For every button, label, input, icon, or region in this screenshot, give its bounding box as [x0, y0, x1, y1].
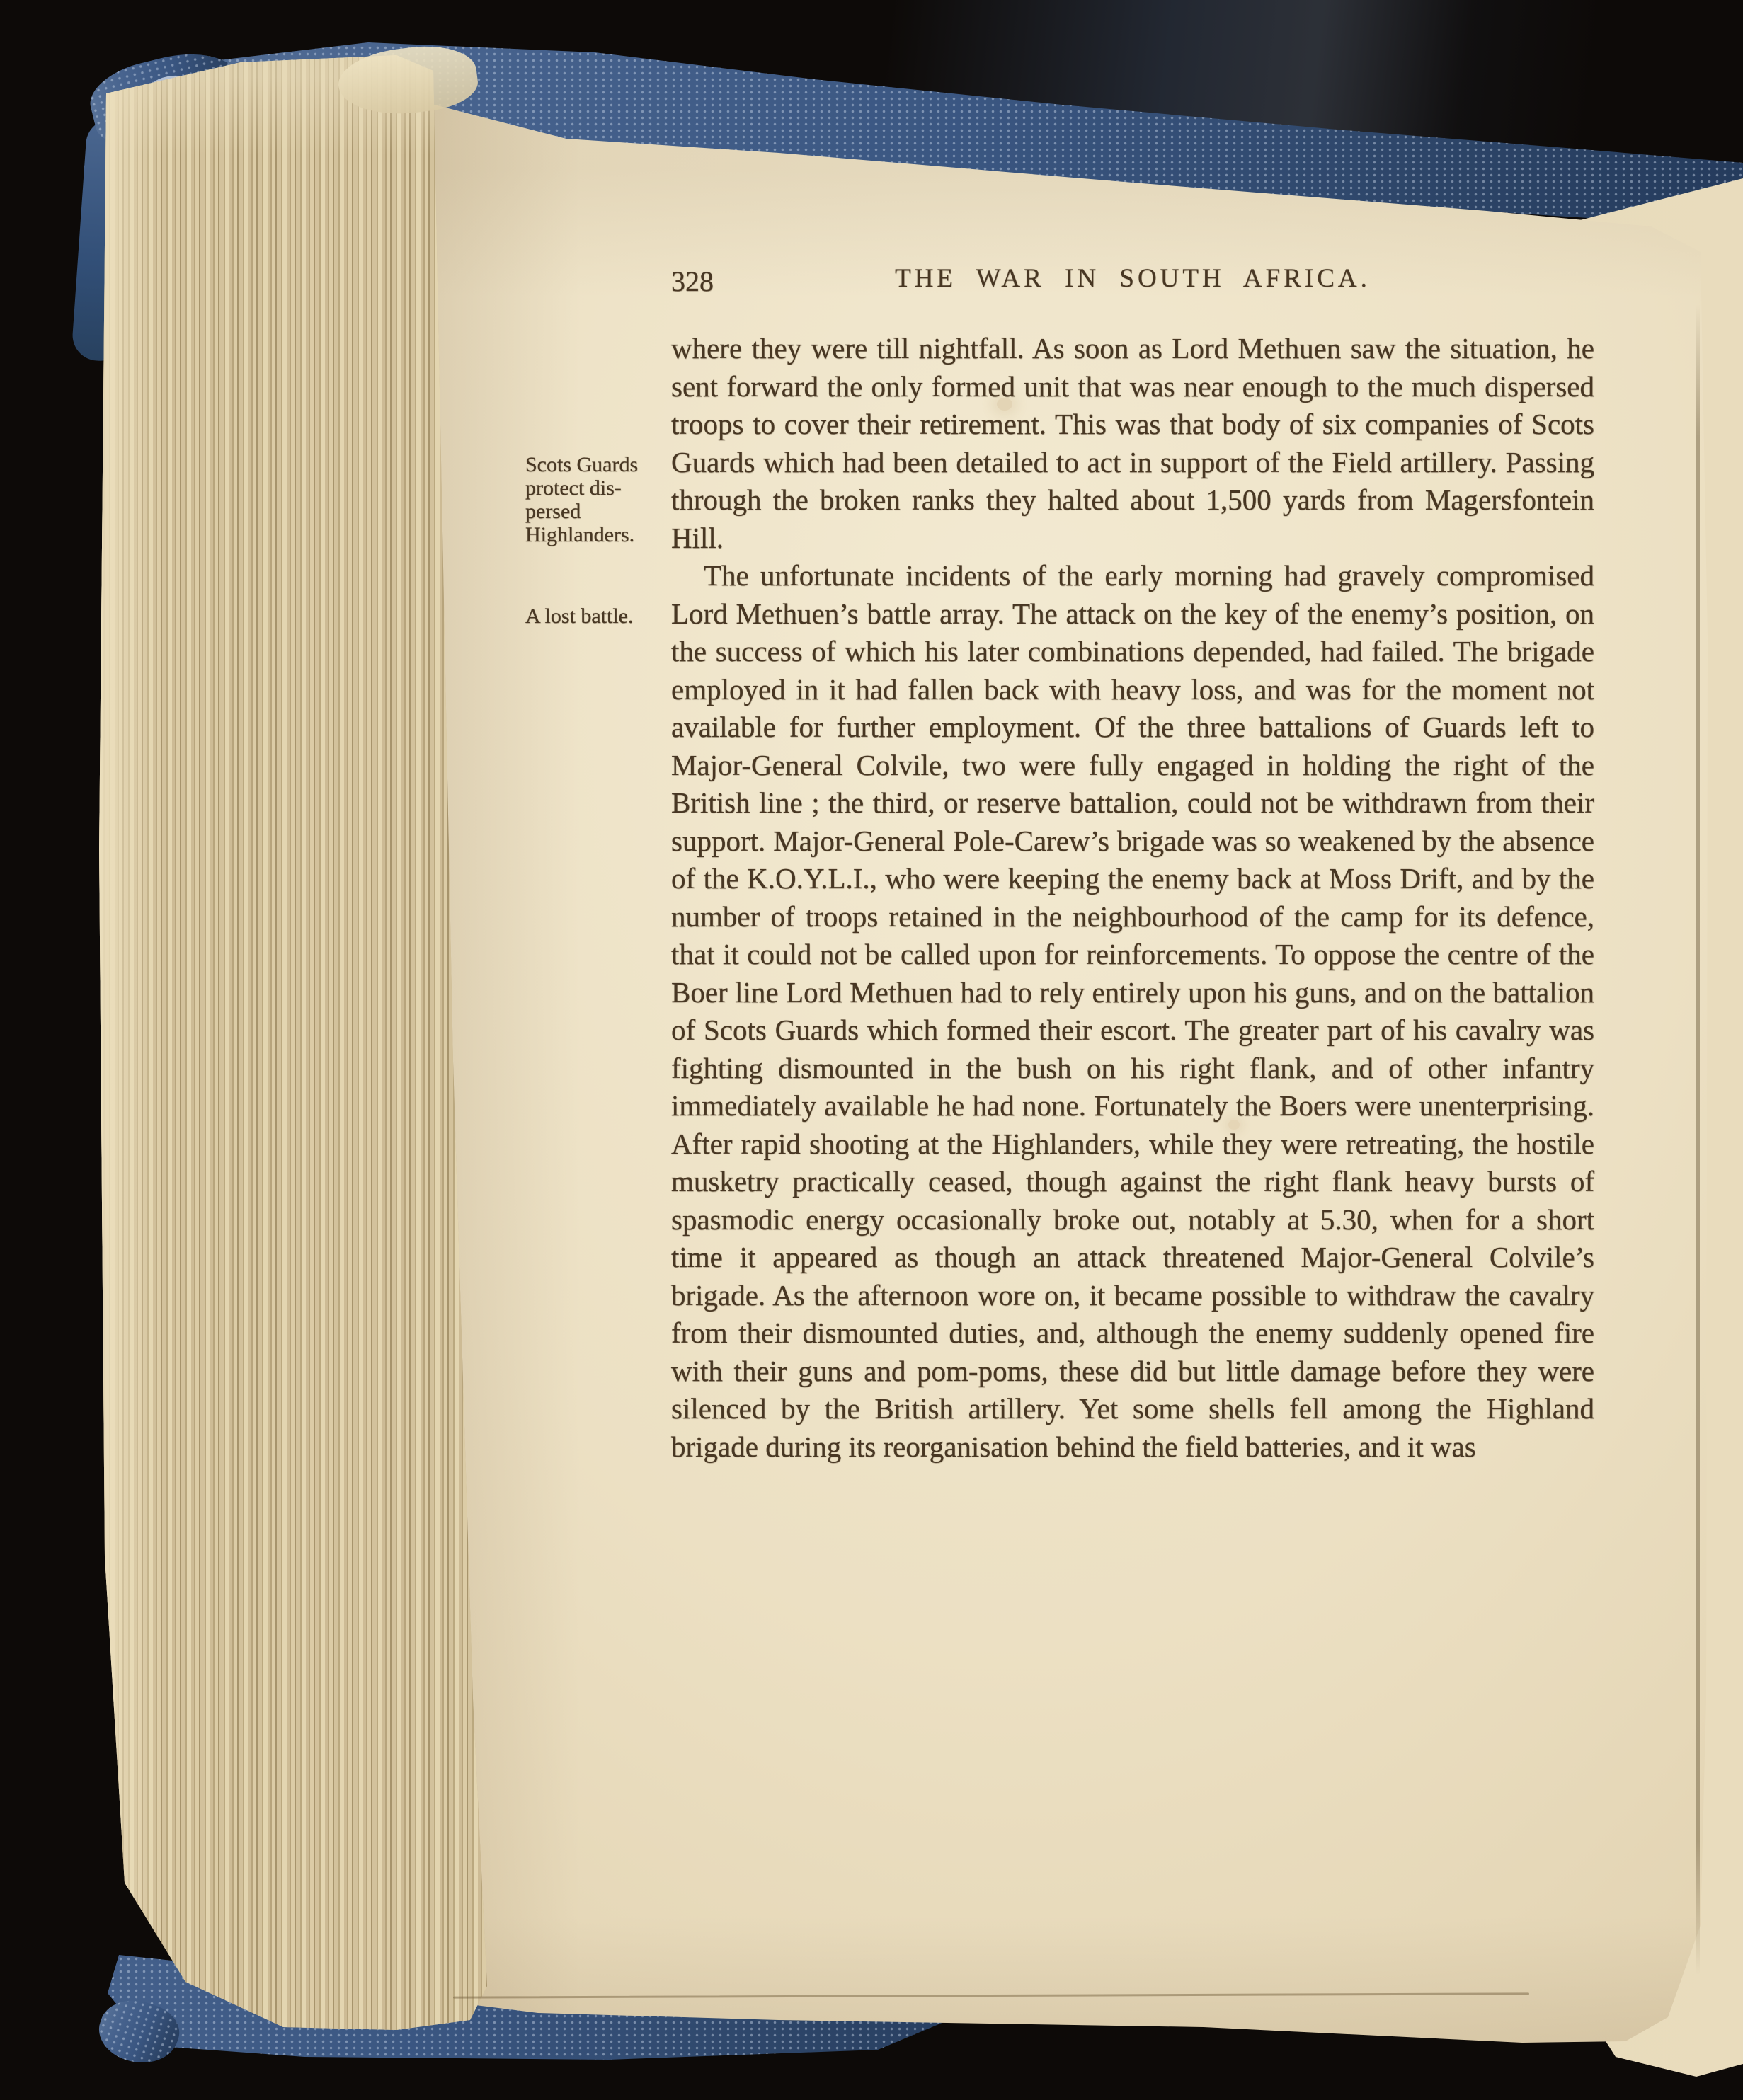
margin-note-line: protect dis-: [525, 476, 667, 500]
running-header: THE WAR IN SOUTH AFRICA.: [671, 263, 1594, 294]
book-photo: 328 THE WAR IN SOUTH AFRICA. Scots Guard…: [0, 0, 1743, 2100]
body-text: where they were till nightfall. As soon …: [671, 330, 1594, 1466]
body-paragraph: The unfortunate incidents of the early m…: [671, 557, 1594, 1466]
margin-note-scots-guards: Scots Guards protect dis- persed Highlan…: [525, 453, 667, 546]
body-paragraph: where they were till nightfall. As soon …: [671, 330, 1594, 557]
printed-content: 328 THE WAR IN SOUTH AFRICA. Scots Guard…: [0, 0, 1743, 2100]
margin-note-line: Highlanders.: [525, 523, 667, 546]
page-header: 328 THE WAR IN SOUTH AFRICA.: [671, 263, 1594, 306]
margin-note-line: A lost battle.: [525, 604, 667, 628]
margin-note-line: Scots Guards: [525, 453, 667, 476]
margin-note-line: persed: [525, 500, 667, 523]
margin-note-lost-battle: A lost battle.: [525, 604, 667, 628]
